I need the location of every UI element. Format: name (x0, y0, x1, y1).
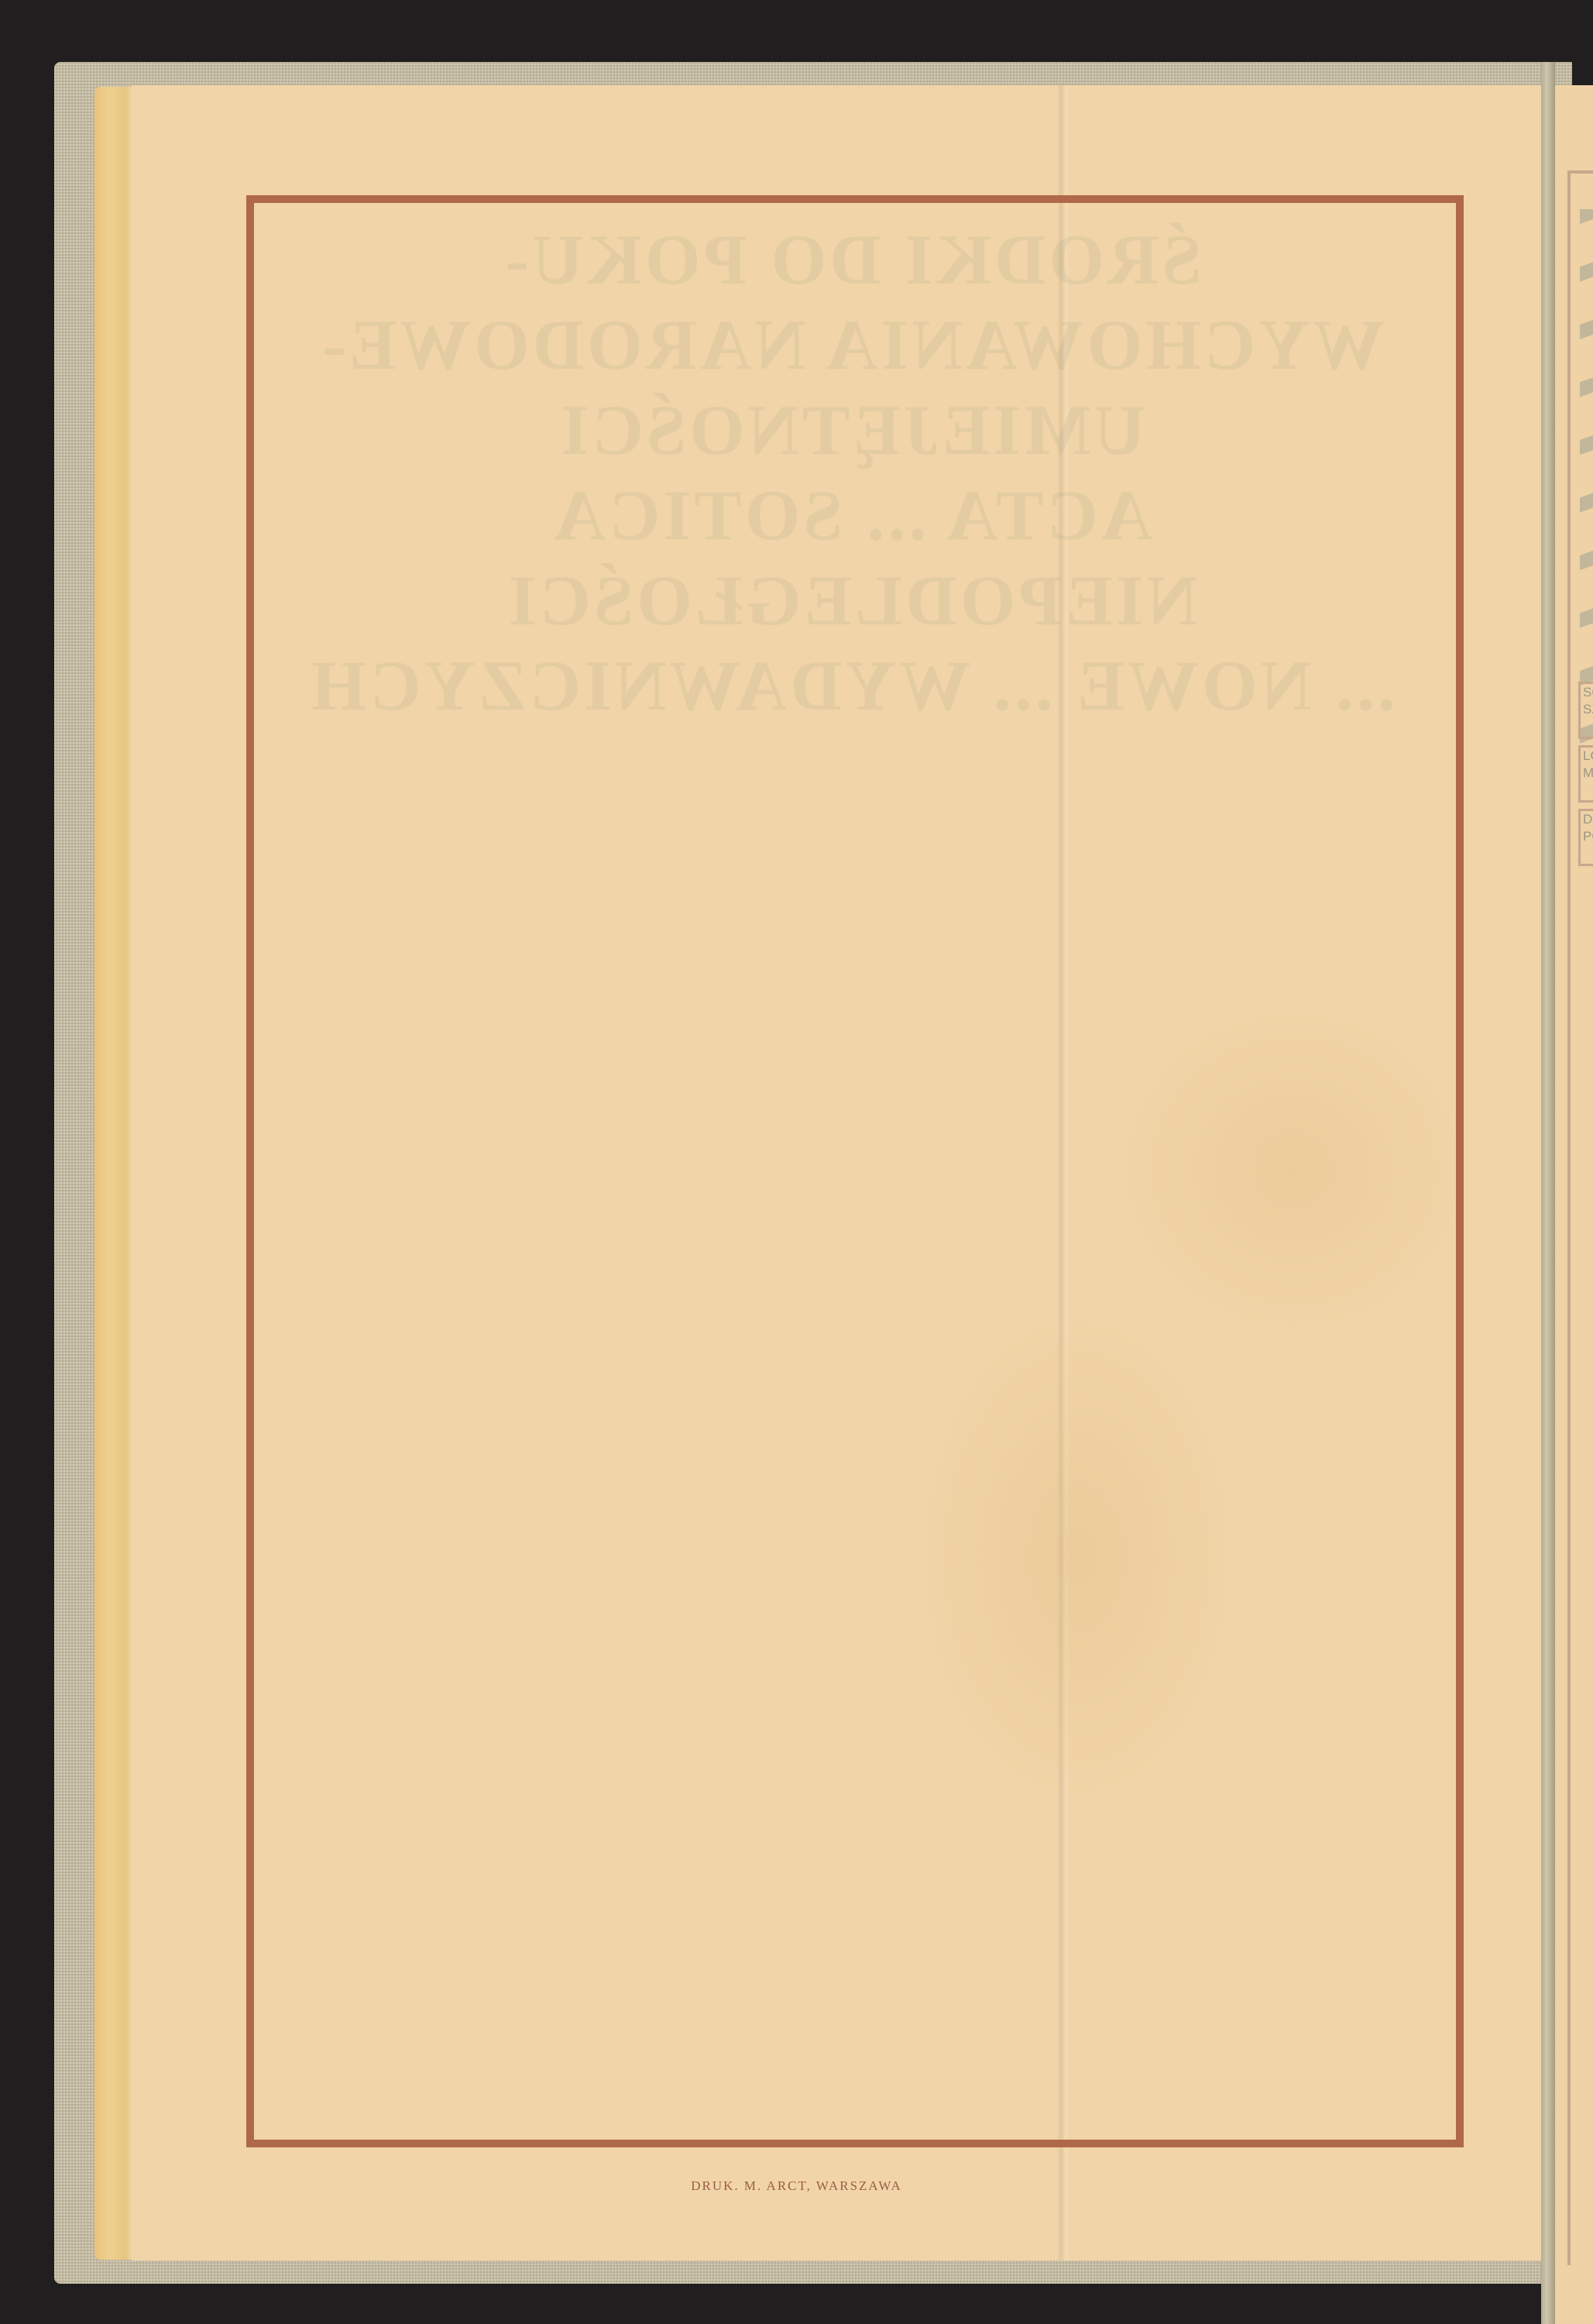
facing-page-box: DIS PO (1578, 809, 1593, 866)
box-text: SCH (1583, 684, 1593, 701)
box-text: LO (1583, 748, 1593, 765)
box-text: PO (1583, 828, 1593, 845)
decorative-border-frame (246, 195, 1464, 2147)
page-edges (94, 87, 133, 2260)
facing-page-ornament-icon (1580, 209, 1593, 751)
box-text: DIS (1583, 811, 1593, 828)
facing-page-box: LO MI (1578, 745, 1593, 803)
printer-imprint: DRUK. M. ARCT, WARSZAWA (0, 2178, 1593, 2194)
box-text: MI (1583, 765, 1593, 782)
facing-page-boxes: SCH SZK LO MI DIS PO (1578, 682, 1593, 872)
facing-page-box: SCH SZK (1578, 682, 1593, 739)
box-text: SZK (1583, 701, 1593, 718)
book-gutter (1541, 62, 1555, 2324)
